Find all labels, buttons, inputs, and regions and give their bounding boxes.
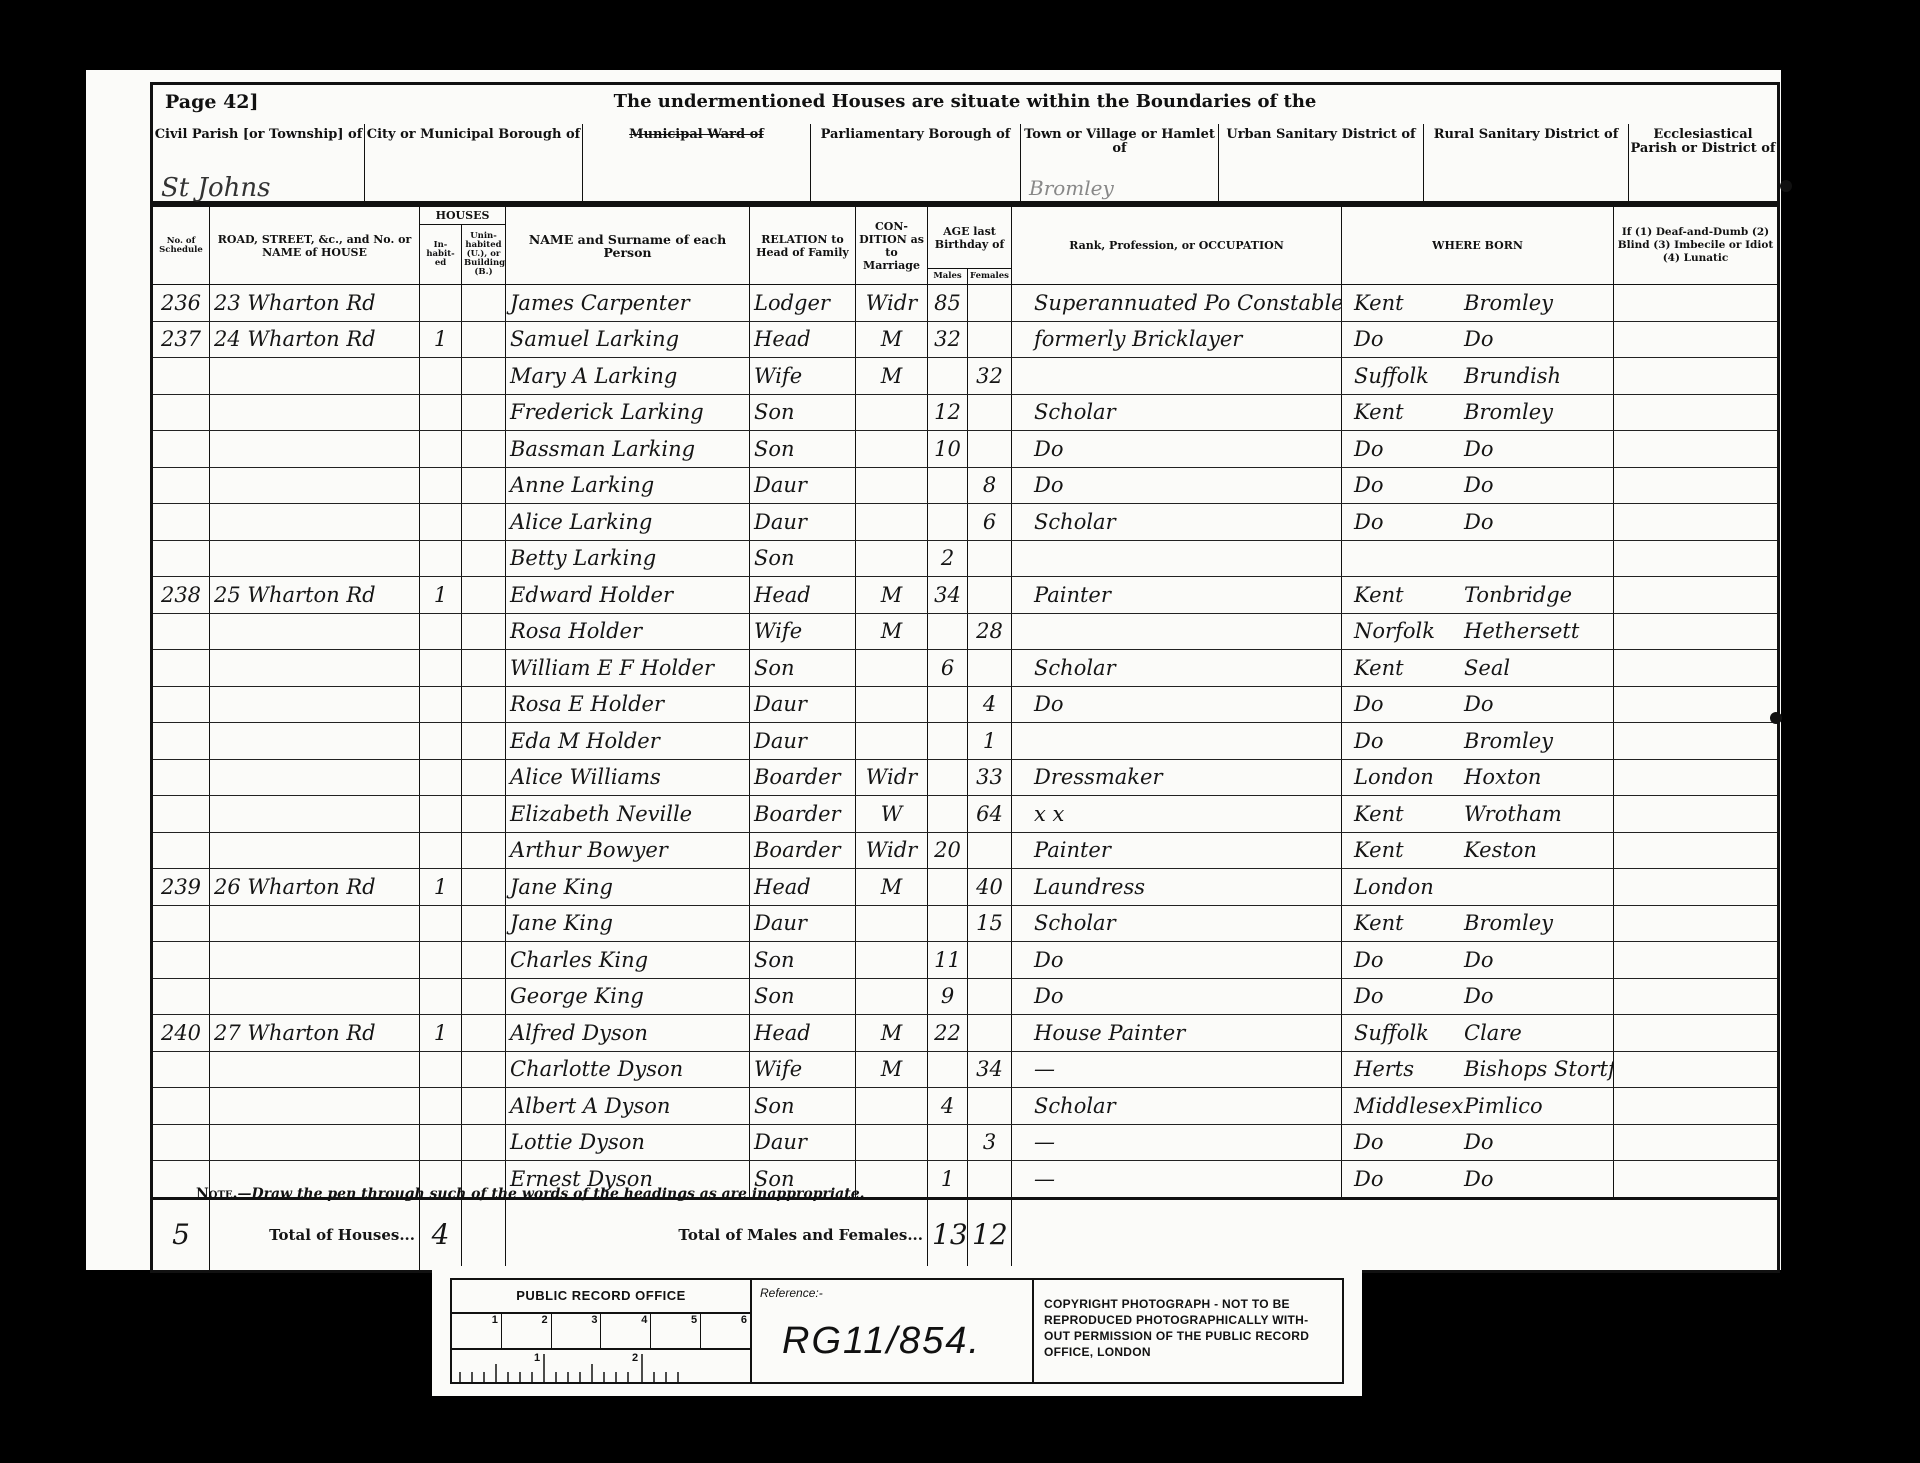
male-age (928, 1124, 968, 1161)
person-name: Jane King (506, 869, 750, 906)
male-age: 2 (928, 540, 968, 577)
uninhabited-count (462, 504, 506, 541)
inhabited-count (420, 905, 462, 942)
female-age (968, 978, 1012, 1015)
occupation: Scholar (1012, 905, 1342, 942)
region-label: Parliamentary Borough of (811, 128, 1020, 142)
relation: Son (750, 978, 856, 1015)
marital-condition (856, 942, 928, 979)
relation: Daur (750, 723, 856, 760)
female-age (968, 650, 1012, 687)
female-age (968, 394, 1012, 431)
road-address (210, 1051, 420, 1088)
occupation (1012, 358, 1342, 395)
region-label: City or Municipal Borough of (365, 128, 582, 142)
relation: Head (750, 321, 856, 358)
pro-ruler-panel: PUBLIC RECORD OFFICE 1 2 3 4 5 6 (452, 1280, 752, 1382)
persons-total-label: Total of Males and Females... (506, 1198, 928, 1271)
birth-place: Seal (1464, 656, 1510, 680)
occupation: Scholar (1012, 1088, 1342, 1125)
person-name: Bassman Larking (506, 431, 750, 468)
table-row: 240 27 Wharton Rd 1 Alfred Dyson Head M … (152, 1015, 1779, 1052)
road-address (210, 686, 420, 723)
inhabited-count (420, 796, 462, 833)
inhabited-count (420, 832, 462, 869)
birth-county: Do (1346, 948, 1464, 972)
table-row: Albert A Dyson Son 4 Scholar MiddlesexPi… (152, 1088, 1779, 1125)
ruler-inch-label: 2 (632, 1352, 638, 1364)
birth-place: Tonbridge (1464, 583, 1572, 607)
birth-county: Do (1346, 729, 1464, 753)
uninhabited-count (462, 869, 506, 906)
person-name: Edward Holder (506, 577, 750, 614)
table-row: Alice Larking Daur 6 Scholar DoDo (152, 504, 1779, 541)
road-address (210, 467, 420, 504)
birth-county: Kent (1346, 400, 1464, 424)
table-row: Bassman Larking Son 10 Do DoDo (152, 431, 1779, 468)
person-name: Lottie Dyson (506, 1124, 750, 1161)
schedule-number (152, 723, 210, 760)
person-name: James Carpenter (506, 285, 750, 322)
col-relation: RELATION to Head of Family (750, 206, 856, 285)
marital-condition (856, 1124, 928, 1161)
female-age (968, 832, 1012, 869)
birth-place: Wrotham (1464, 802, 1562, 826)
inhabited-count (420, 358, 462, 395)
birth-place: Do (1464, 510, 1493, 534)
male-age (928, 905, 968, 942)
marital-condition (856, 431, 928, 468)
hole-punch-mark (1780, 180, 1792, 192)
male-age (928, 467, 968, 504)
where-born: DoDo (1342, 321, 1614, 358)
table-row: Elizabeth Neville Boarder W 64 x x KentW… (152, 796, 1779, 833)
inhabited-count (420, 285, 462, 322)
region-value: St Johns (161, 181, 270, 195)
region-label: Ecclesiastical Parish or District of (1629, 128, 1777, 156)
female-age (968, 540, 1012, 577)
uninhabited-count (462, 832, 506, 869)
female-age: 4 (968, 686, 1012, 723)
schedule-number (152, 832, 210, 869)
person-name: Eda M Holder (506, 723, 750, 760)
uninhabited-count (462, 796, 506, 833)
schedule-number (152, 796, 210, 833)
infirmity (1614, 285, 1779, 322)
schedules-total: 5 (152, 1198, 210, 1271)
where-born: DoDo (1342, 1161, 1614, 1199)
schedule-number (152, 686, 210, 723)
schedule-number (152, 504, 210, 541)
birth-county: Do (1346, 327, 1464, 351)
infirmity (1614, 577, 1779, 614)
female-age: 6 (968, 504, 1012, 541)
marital-condition: M (856, 577, 928, 614)
person-name: Rosa Holder (506, 613, 750, 650)
birth-place: Hoxton (1464, 765, 1541, 789)
col-uninhabited: Unin-habited (U.), or Building (B.) (462, 225, 506, 285)
region-town-village: Town or Village or Hamlet of Bromley (1021, 124, 1219, 201)
birth-place: Bromley (1464, 729, 1553, 753)
public-record-office-slip: PUBLIC RECORD OFFICE 1 2 3 4 5 6 (432, 1266, 1362, 1396)
footnote: Note.—Draw the pen through such of the w… (196, 1186, 865, 1202)
infirmity (1614, 394, 1779, 431)
title-bar: Page 42] The undermentioned Houses are s… (150, 82, 1780, 126)
col-inhabited: In-habit-ed (420, 225, 462, 285)
inhabited-count: 1 (420, 1015, 462, 1052)
road-address (210, 540, 420, 577)
table-row: 237 24 Wharton Rd 1 Samuel Larking Head … (152, 321, 1779, 358)
uninhabited-count (462, 358, 506, 395)
female-age: 64 (968, 796, 1012, 833)
inhabited-count (420, 467, 462, 504)
marital-condition: Widr (856, 832, 928, 869)
relation: Daur (750, 1124, 856, 1161)
inhabited-count (420, 504, 462, 541)
table-row: Charles King Son 11 Do DoDo (152, 942, 1779, 979)
female-age (968, 1161, 1012, 1199)
road-address (210, 431, 420, 468)
relation: Son (750, 431, 856, 468)
census-rows: 236 23 Wharton Rd James Carpenter Lodger… (152, 285, 1779, 1199)
relation: Daur (750, 467, 856, 504)
relation: Boarder (750, 832, 856, 869)
infirmity (1614, 832, 1779, 869)
inhabited-count (420, 1051, 462, 1088)
infirmity (1614, 869, 1779, 906)
table-row: Rosa E Holder Daur 4 Do DoDo (152, 686, 1779, 723)
birth-county: Do (1346, 437, 1464, 461)
occupation: — (1012, 1051, 1342, 1088)
region-urban-sanitary: Urban Sanitary District of (1219, 124, 1424, 201)
birth-place: Do (1464, 437, 1493, 461)
occupation: Do (1012, 942, 1342, 979)
marital-condition: W (856, 796, 928, 833)
birth-place: Pimlico (1464, 1094, 1543, 1118)
schedule-number: 237 (152, 321, 210, 358)
relation: Wife (750, 358, 856, 395)
birth-place: Do (1464, 1130, 1493, 1154)
schedule-number: 239 (152, 869, 210, 906)
col-schedule: No. of Schedule (152, 206, 210, 285)
footnote-prefix: Note. (196, 1186, 237, 1202)
inhabited-count: 1 (420, 321, 462, 358)
male-age (928, 1051, 968, 1088)
uninhabited-count (462, 723, 506, 760)
marital-condition (856, 650, 928, 687)
female-age: 1 (968, 723, 1012, 760)
table-row: Lottie Dyson Daur 3 — DoDo (152, 1124, 1779, 1161)
female-age (968, 431, 1012, 468)
relation: Son (750, 540, 856, 577)
occupation: Painter (1012, 832, 1342, 869)
male-age (928, 796, 968, 833)
birth-place: Keston (1464, 838, 1537, 862)
infirmity (1614, 1161, 1779, 1199)
birth-county: Kent (1346, 802, 1464, 826)
birth-place: Clare (1464, 1021, 1522, 1045)
infirmity (1614, 1051, 1779, 1088)
col-males: Males (928, 269, 968, 285)
road-address: 26 Wharton Rd (210, 869, 420, 906)
col-name: NAME and Surname of each Person (506, 206, 750, 285)
uninhabited-count (462, 759, 506, 796)
occupation: Scholar (1012, 504, 1342, 541)
col-females: Females (968, 269, 1012, 285)
inhabited-count (420, 978, 462, 1015)
uninhabited-count (462, 1124, 506, 1161)
uninhabited-count (462, 1088, 506, 1125)
table-row: Arthur Bowyer Boarder Widr 20 Painter Ke… (152, 832, 1779, 869)
uninhabited-count (462, 1015, 506, 1052)
infirmity (1614, 358, 1779, 395)
where-born: KentBromley (1342, 285, 1614, 322)
infirmity (1614, 1088, 1779, 1125)
road-address: 27 Wharton Rd (210, 1015, 420, 1052)
relation: Head (750, 1015, 856, 1052)
where-born: KentBromley (1342, 905, 1614, 942)
schedule-number (152, 1124, 210, 1161)
road-address: 25 Wharton Rd (210, 577, 420, 614)
person-name: Rosa E Holder (506, 686, 750, 723)
marital-condition: M (856, 1015, 928, 1052)
birth-place: Do (1464, 984, 1493, 1008)
where-born: KentSeal (1342, 650, 1614, 687)
road-address (210, 905, 420, 942)
road-address (210, 1088, 420, 1125)
male-age: 85 (928, 285, 968, 322)
occupation: Scholar (1012, 650, 1342, 687)
schedule-number (152, 942, 210, 979)
female-age (968, 321, 1012, 358)
ruler-inch: 1 2 (452, 1350, 750, 1382)
marital-condition: M (856, 358, 928, 395)
schedule-number (152, 358, 210, 395)
region-label: Town or Village or Hamlet of (1021, 128, 1218, 156)
birth-county: Do (1346, 1130, 1464, 1154)
birth-county: London (1346, 765, 1464, 789)
birth-county: Do (1346, 1167, 1464, 1191)
col-age: AGE last Birthday of (928, 206, 1012, 269)
uninhabited-total (462, 1198, 506, 1271)
male-age (928, 613, 968, 650)
schedule-number (152, 394, 210, 431)
where-born: SuffolkBrundish (1342, 358, 1614, 395)
table-row: Frederick Larking Son 12 Scholar KentBro… (152, 394, 1779, 431)
occupation: Scholar (1012, 394, 1342, 431)
schedule-number: 240 (152, 1015, 210, 1052)
schedule-number (152, 467, 210, 504)
inhabited-count (420, 613, 462, 650)
marital-condition (856, 723, 928, 760)
female-age (968, 285, 1012, 322)
birth-county: Suffolk (1346, 364, 1464, 388)
col-condition: CON-DITION as to Marriage (856, 206, 928, 285)
occupation: Dressmaker (1012, 759, 1342, 796)
birth-county: Do (1346, 692, 1464, 716)
relation: Son (750, 650, 856, 687)
relation: Daur (750, 686, 856, 723)
schedule-number (152, 905, 210, 942)
where-born: DoDo (1342, 1124, 1614, 1161)
region-civil-parish: Civil Parish [or Township] of St Johns (153, 124, 365, 201)
person-name: Alfred Dyson (506, 1015, 750, 1052)
uninhabited-count (462, 577, 506, 614)
male-age: 32 (928, 321, 968, 358)
infirmity (1614, 467, 1779, 504)
inhabited-count (420, 1088, 462, 1125)
page-title: The undermentioned Houses are situate wi… (153, 91, 1777, 112)
birth-county: Suffolk (1346, 1021, 1464, 1045)
person-name: Albert A Dyson (506, 1088, 750, 1125)
female-age (968, 577, 1012, 614)
person-name: Charlotte Dyson (506, 1051, 750, 1088)
relation: Head (750, 869, 856, 906)
inhabited-count (420, 942, 462, 979)
uninhabited-count (462, 613, 506, 650)
where-born: DoDo (1342, 978, 1614, 1015)
ruler-ticks-icon (452, 1350, 748, 1382)
inhabited-count (420, 394, 462, 431)
birth-county: Kent (1346, 911, 1464, 935)
road-address (210, 394, 420, 431)
region-label: Urban Sanitary District of (1219, 128, 1423, 142)
marital-condition: M (856, 1051, 928, 1088)
census-table: No. of Schedule ROAD, STREET, &c., and N… (150, 204, 1780, 1273)
male-age (928, 723, 968, 760)
infirmity (1614, 321, 1779, 358)
where-born: KentWrotham (1342, 796, 1614, 833)
footnote-text: —Draw the pen through such of the words … (237, 1186, 864, 1202)
male-age: 22 (928, 1015, 968, 1052)
uninhabited-count (462, 942, 506, 979)
birth-county: Herts (1346, 1057, 1464, 1081)
marital-condition: Widr (856, 759, 928, 796)
ruler-tick: 5 (651, 1314, 701, 1348)
where-born: DoDo (1342, 431, 1614, 468)
marital-condition: M (856, 321, 928, 358)
schedule-number (152, 759, 210, 796)
female-age: 33 (968, 759, 1012, 796)
infirmity (1614, 759, 1779, 796)
male-age: 9 (928, 978, 968, 1015)
table-row: George King Son 9 Do DoDo (152, 978, 1779, 1015)
totals-blank (1012, 1198, 1779, 1271)
occupation: — (1012, 1161, 1342, 1199)
uninhabited-count (462, 905, 506, 942)
region-municipal-borough: City or Municipal Borough of (365, 124, 583, 201)
marital-condition: Widr (856, 285, 928, 322)
birth-county: Do (1346, 510, 1464, 534)
occupation: Painter (1012, 577, 1342, 614)
occupation: x x (1012, 796, 1342, 833)
ruler-tick: 2 (502, 1314, 552, 1348)
infirmity (1614, 1124, 1779, 1161)
ruler-tick: 6 (701, 1314, 750, 1348)
male-age: 11 (928, 942, 968, 979)
region-parliamentary-borough: Parliamentary Borough of (811, 124, 1021, 201)
table-row: Jane King Daur 15 Scholar KentBromley (152, 905, 1779, 942)
schedule-number (152, 540, 210, 577)
female-age: 34 (968, 1051, 1012, 1088)
region-label: Civil Parish [or Township] of (153, 128, 364, 142)
table-row: 236 23 Wharton Rd James Carpenter Lodger… (152, 285, 1779, 322)
person-name: Alice Larking (506, 504, 750, 541)
relation: Daur (750, 504, 856, 541)
birth-place: Brundish (1464, 364, 1561, 388)
person-name: Frederick Larking (506, 394, 750, 431)
person-name: Alice Williams (506, 759, 750, 796)
male-age: 20 (928, 832, 968, 869)
female-age: 3 (968, 1124, 1012, 1161)
where-born: LondonHoxton (1342, 759, 1614, 796)
person-name: Samuel Larking (506, 321, 750, 358)
table-row: Betty Larking Son 2 (152, 540, 1779, 577)
male-age (928, 869, 968, 906)
inhabited-count: 1 (420, 577, 462, 614)
houses-total-value: 4 (420, 1198, 462, 1271)
reference-panel: Reference:- RG11/854. (752, 1280, 1034, 1382)
relation: Daur (750, 905, 856, 942)
uninhabited-count (462, 978, 506, 1015)
uninhabited-count (462, 431, 506, 468)
inhabited-count (420, 650, 462, 687)
infirmity (1614, 686, 1779, 723)
reference-value: RG11/854. (782, 1320, 981, 1363)
female-age: 8 (968, 467, 1012, 504)
person-name: Mary A Larking (506, 358, 750, 395)
occupation: Superannuated Po Constable (1012, 285, 1342, 322)
male-age: 4 (928, 1088, 968, 1125)
copyright-notice: COPYRIGHT PHOTOGRAPH - NOT TO BE REPRODU… (1034, 1280, 1342, 1382)
road-address (210, 759, 420, 796)
male-age (928, 504, 968, 541)
region-label: Rural Sanitary District of (1424, 128, 1628, 142)
region-ecclesiastical-parish: Ecclesiastical Parish or District of (1629, 124, 1777, 201)
birth-place: Do (1464, 473, 1493, 497)
male-age: 12 (928, 394, 968, 431)
occupation (1012, 613, 1342, 650)
infirmity (1614, 431, 1779, 468)
inhabited-count (420, 759, 462, 796)
female-age: 40 (968, 869, 1012, 906)
person-name: Elizabeth Neville (506, 796, 750, 833)
uninhabited-count (462, 321, 506, 358)
table-row: Alice Williams Boarder Widr 33 Dressmake… (152, 759, 1779, 796)
schedule-number (152, 431, 210, 468)
table-row: Rosa Holder Wife M 28 NorfolkHethersett (152, 613, 1779, 650)
infirmity (1614, 978, 1779, 1015)
birth-county: Norfolk (1346, 619, 1464, 643)
col-road: ROAD, STREET, &c., and No. or NAME of HO… (210, 206, 420, 285)
occupation (1012, 723, 1342, 760)
table-row: Charlotte Dyson Wife M 34 — HertsBishops… (152, 1051, 1779, 1088)
road-address: 24 Wharton Rd (210, 321, 420, 358)
reference-label: Reference:- (760, 1286, 823, 1300)
col-occupation: Rank, Profession, or OCCUPATION (1012, 206, 1342, 285)
occupation: Do (1012, 467, 1342, 504)
totals-row: 5 Total of Houses... 4 Total of Males an… (152, 1198, 1779, 1271)
infirmity (1614, 723, 1779, 760)
ruler-tick: 1 (452, 1314, 502, 1348)
inhabited-count (420, 723, 462, 760)
marital-condition (856, 686, 928, 723)
male-age: 10 (928, 431, 968, 468)
female-age: 15 (968, 905, 1012, 942)
occupation: Do (1012, 978, 1342, 1015)
region-rural-sanitary: Rural Sanitary District of (1424, 124, 1629, 201)
uninhabited-count (462, 1051, 506, 1088)
